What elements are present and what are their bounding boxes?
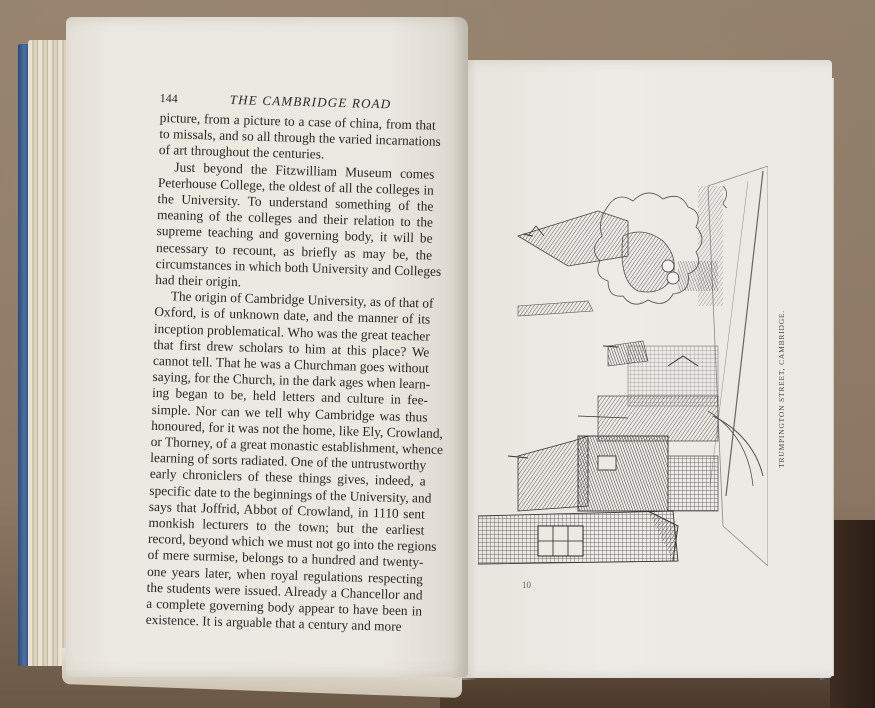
page-number: 144 bbox=[160, 91, 230, 108]
table-shadow-bottom bbox=[440, 676, 840, 708]
illustration-drawing bbox=[478, 166, 768, 566]
street-illustration bbox=[478, 166, 768, 566]
plate-number: 10 bbox=[522, 580, 531, 590]
illustration-caption: TRUMPINGTON STREET, CAMBRIDGE. bbox=[777, 310, 786, 468]
body-text: picture, from a picture to a case of chi… bbox=[146, 110, 436, 636]
table-shadow-right bbox=[830, 520, 875, 708]
